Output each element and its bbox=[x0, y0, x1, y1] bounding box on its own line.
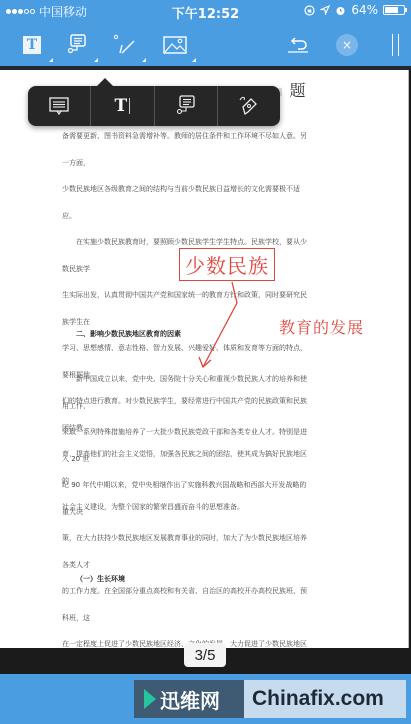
text-tool-button[interactable]: T bbox=[17, 30, 47, 60]
top-bar: 中国移动 下午12:52 64% T bbox=[0, 0, 411, 66]
popup-comment-button[interactable] bbox=[28, 86, 91, 126]
document-page[interactable]: ▪▪▪▪ ▪▪▪▪▪▪题 备需要更新、图书资料急需增补等。教师的居住条件和工作环… bbox=[0, 70, 409, 648]
undo-button[interactable] bbox=[283, 30, 313, 60]
screen: 中国移动 下午12:52 64% T bbox=[0, 0, 411, 724]
section-heading: 二、影响少数民族地区教育的因素 bbox=[76, 329, 181, 339]
watermark-cn: 迅维网 bbox=[134, 680, 244, 718]
rotation-lock-icon bbox=[304, 5, 315, 16]
signature-pen-icon bbox=[237, 94, 261, 118]
close-button[interactable]: × bbox=[332, 30, 362, 60]
corner-indicator-icon bbox=[94, 58, 98, 62]
chevron-logo-icon bbox=[144, 689, 156, 709]
annotation-toolbar: T × bbox=[0, 26, 411, 64]
battery-percent: 64% bbox=[351, 3, 378, 17]
paragraph-block-2: 新中国成立以来，党中央、国务院十分关心和重视少数民族人才的培养和使用工作， 采取… bbox=[62, 366, 308, 648]
annotation-popup-menu: T bbox=[28, 86, 280, 126]
text-line: 策，在大力扶持少数民族地区发展教育事业的同时，加大了为少数民族地区培养各类人才 bbox=[62, 525, 308, 578]
corner-indicator-icon bbox=[142, 58, 146, 62]
text-box-annotation[interactable]: 少数民族 bbox=[179, 248, 275, 281]
text-line: 少数民族地区各级教育之间的结构与当前少数民族日益增长的文化需要极不适应。 bbox=[62, 176, 308, 229]
watermark: 迅维网 Chinafix.com bbox=[134, 680, 406, 718]
location-icon bbox=[320, 5, 330, 15]
text-line: 采取一系列特殊措施培养了一大批少数民族党政干部和各类专业人才。特别是进入 20 … bbox=[62, 419, 308, 472]
close-icon: × bbox=[336, 34, 358, 56]
comment-icon bbox=[48, 95, 70, 117]
corner-indicator-icon bbox=[192, 58, 196, 62]
text-line: 纪 90 年代中期以来，党中央相继作出了实施科教兴国战略和西部大开发战略的重大决 bbox=[62, 472, 308, 525]
undo-icon bbox=[286, 35, 310, 55]
pen-icon bbox=[112, 33, 138, 57]
battery-icon bbox=[383, 5, 405, 15]
page-indicator: 3/5 bbox=[184, 643, 226, 667]
subsection-heading: （一）生长环境 bbox=[76, 574, 125, 584]
text-icon: T bbox=[115, 96, 128, 116]
image-icon bbox=[163, 35, 187, 55]
text-cursor-icon bbox=[129, 98, 130, 114]
text-line: 生实际出发，认真贯彻中国共产党和国家统一的教育方针和政策，同时要研究民族学生在 bbox=[62, 282, 308, 335]
text-line: 备需要更新、图书资料急需增补等。教师的居住条件和工作环境不尽如人意。另一方面， bbox=[62, 123, 308, 176]
popup-note-button[interactable] bbox=[155, 86, 218, 126]
text-line: 新中国成立以来，党中央、国务院十分关心和重视少数民族人才的培养和使用工作， bbox=[62, 366, 308, 419]
popup-text-button[interactable]: T bbox=[91, 86, 154, 126]
pen-tool-button[interactable] bbox=[110, 30, 140, 60]
note-icon bbox=[175, 94, 197, 118]
text-icon: T bbox=[23, 36, 41, 54]
free-text-annotation[interactable]: 教育的发展 bbox=[279, 315, 364, 338]
status-right: 64% bbox=[304, 3, 405, 17]
note-icon bbox=[66, 33, 88, 57]
menu-handle-button[interactable] bbox=[380, 30, 410, 60]
watermark-en: Chinafix.com bbox=[244, 680, 406, 718]
alarm-icon bbox=[335, 5, 346, 16]
pause-bars-icon bbox=[392, 34, 399, 56]
popup-signature-button[interactable] bbox=[218, 86, 280, 126]
status-bar: 中国移动 下午12:52 64% bbox=[0, 0, 411, 22]
note-tool-button[interactable] bbox=[62, 30, 92, 60]
corner-indicator-icon bbox=[49, 58, 53, 62]
text-line: 的工作力度。在全国部分重点高校和有关省、自治区的高校开办高校民族班、预科班，这 bbox=[62, 578, 308, 631]
watermark-cn-text: 迅维网 bbox=[160, 685, 220, 714]
image-tool-button[interactable] bbox=[160, 30, 190, 60]
